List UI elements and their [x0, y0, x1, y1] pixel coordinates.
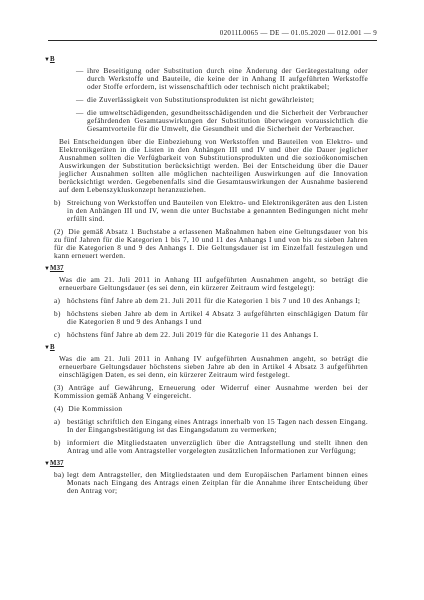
paragraph-text: Anträge auf Gewährung, Erneuerung oder W… [54, 383, 368, 400]
marker-label: B [50, 56, 55, 63]
change-marker: ▼B [44, 344, 368, 352]
dash-list-item: —die Zuverlässigkeit von Substitutionspr… [54, 96, 368, 104]
lettered-item: a)bestätigt schriftlich den Eingang eine… [54, 418, 368, 434]
item-letter: b) [54, 199, 67, 223]
numbered-paragraph: (3)Anträge auf Gewährung, Erneuerung ode… [54, 384, 368, 400]
item-text: höchstens sieben Jahre ab dem in Artikel… [67, 310, 368, 326]
item-text: informiert die Mitgliedstaaten unverzügl… [67, 439, 368, 455]
document-page: 02011L0065 — DE — 01.05.2020 — 012.001 —… [0, 0, 424, 600]
marker-label: M37 [50, 265, 64, 272]
dash-item-text: die umweltschädigenden, gesundheitsschäd… [87, 109, 368, 133]
dash-item-text: die Zuverlässigkeit von Substitutionspro… [87, 96, 368, 104]
change-marker: ▼B [44, 56, 368, 64]
marker-label: M37 [50, 460, 64, 467]
change-marker: ▼M37 [44, 265, 368, 273]
item-letter: b) [54, 310, 67, 326]
dash-bullet: — [76, 67, 87, 91]
paragraph-number: (4) [54, 404, 63, 413]
dash-list-item: —die umweltschädigenden, gesundheitsschä… [54, 109, 368, 133]
document-body: ▼B—ihre Beseitigung oder Substitution du… [54, 52, 368, 500]
lettered-item: a)höchstens fünf Jahre ab dem 21. Juli 2… [54, 297, 368, 305]
lettered-item: b)informiert die Mitgliedstaaten unverzü… [54, 439, 368, 455]
dash-item-text: ihre Beseitigung oder Substitution durch… [87, 67, 368, 91]
item-letter: ba) [54, 471, 67, 495]
change-marker: ▼M37 [44, 460, 368, 468]
running-header: 02011L0065 — DE — 01.05.2020 — 012.001 —… [48, 29, 377, 41]
paragraph: Bei Entscheidungen über die Einbeziehung… [54, 138, 368, 194]
item-letter: a) [54, 297, 67, 305]
item-letter: c) [54, 331, 67, 339]
numbered-paragraph: (4)Die Kommission [54, 405, 368, 413]
item-text: bestätigt schriftlich den Eingang eines … [67, 418, 368, 434]
lettered-item: b)höchstens sieben Jahre ab dem in Artik… [54, 310, 368, 326]
marker-label: B [50, 344, 55, 351]
dash-bullet: — [76, 96, 87, 104]
item-letter: b) [54, 439, 67, 455]
item-text: legt dem Antragsteller, den Mitgliedstaa… [67, 471, 368, 495]
lettered-item: ba)legt dem Antragsteller, den Mitglieds… [54, 471, 368, 495]
dash-bullet: — [76, 109, 87, 133]
lettered-item: b)Streichung von Werkstoffen und Bauteil… [54, 199, 368, 223]
paragraph: Was die am 21. Juli 2011 in Anhang III a… [54, 276, 368, 292]
dash-list-item: —ihre Beseitigung oder Substitution durc… [54, 67, 368, 91]
item-text: höchstens fünf Jahre ab dem 21. Juli 201… [67, 297, 368, 305]
lettered-item: c)höchstens fünf Jahre ab dem 22. Juli 2… [54, 331, 368, 339]
item-text: höchstens fünf Jahre ab dem 22. Juli 201… [67, 331, 368, 339]
item-letter: a) [54, 418, 67, 434]
item-text: Streichung von Werkstoffen und Bauteilen… [67, 199, 368, 223]
numbered-paragraph: (2)Die gemäß Absatz 1 Buchstabe a erlass… [54, 228, 368, 260]
paragraph-text: Die gemäß Absatz 1 Buchstabe a erlassene… [54, 227, 368, 260]
paragraph: Was die am 21. Juli 2011 in Anhang IV au… [54, 355, 368, 379]
paragraph-text: Die Kommission [68, 404, 122, 413]
